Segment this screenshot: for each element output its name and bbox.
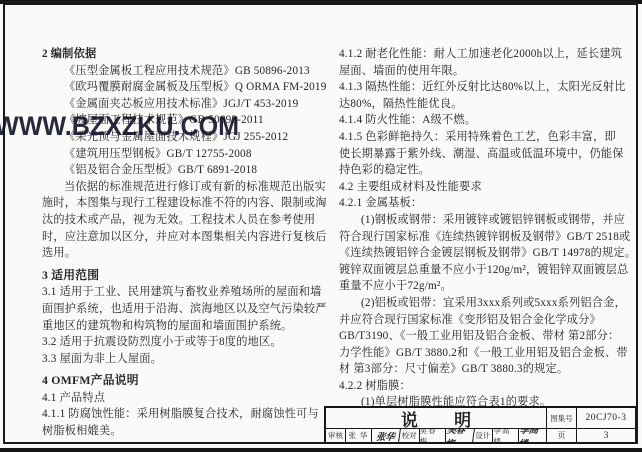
text-line: 施时，本图集与现行工程建设标准不符的内容、限制或淘 [42,195,318,212]
text-line: 汰的技术或产品，视为无效。工程技术人员在参考使用 [42,212,318,229]
text-line: 4.1.1 防腐蚀性能：采用树脂膜复合技术，耐腐蚀性可与 [42,406,318,423]
text-column-right: 4.1.2 耐老化性能：耐人工加速老化2000h以上，延长建筑屋面、墙面的使用年… [339,46,630,411]
title-block-row-bottom: 审核张 华张华校对吴春梅吴春梅设计李高楼李高楼 页 3 [326,429,635,442]
text-line: 《建筑用压型钢板》GB/T 12755-2008 [42,146,318,163]
staff-role-label: 校对 [400,429,420,442]
page-label: 页 [547,429,577,442]
text-line: 4.1.2 耐老化性能：耐人工加速老化2000h以上，延长建筑 [339,46,630,63]
staff-name: 李高楼 [493,429,519,442]
text-line: 重量不应小于72g/m²。 [339,278,630,295]
text-line: 树脂板相媲美。 [42,423,318,440]
text-line: 2 编制依据 [42,46,318,63]
text-line: 符合现行国家标准《连续热镀锌钢板及钢带》GB/T 2518或 [339,229,630,246]
staff-signature: 张华 [371,429,400,442]
text-line: 选用。 [42,245,318,262]
text-line: 力学性能》GB/T 3880.2和《一般工业用铝及铝合金板、带 [339,345,630,362]
staff-name: 吴春梅 [420,429,446,442]
staff-signature: 吴春梅 [445,429,474,442]
text-line: (2)铝板或铝带：宜采用3xxx系列或5xxx系列铝合金， [339,295,630,312]
text-line: 3 适用范围 [42,267,318,284]
text-line: 《金属面夹芯板应用技术标准》JGJ/T 453-2019 [42,96,318,113]
text-line: 材 第3部分：尺寸偏差》GB/T 3880.3的规定。 [339,361,630,378]
staff-name: 张 华 [346,429,372,442]
text-line: 4.1 产品特点 [42,390,318,407]
page-number: 3 [577,429,635,442]
staff-signature: 李高楼 [518,429,546,442]
text-line: 时，应注意加以区分，并应对本图集相关内容进行复核后 [42,229,318,246]
watermark-text: WWW.BZXZKU.COM [0,111,239,142]
sheet-title: 说 明 [326,408,547,428]
text-line: 4.2.1 金属基板： [339,195,630,212]
atlas-number-value: 20CJ70-3 [577,408,635,428]
title-block-row-top: 说 明 图集号 20CJ70-3 [326,408,635,429]
text-column-left: 2 编制依据《压型金属板工程应用技术规范》GB 50896-2013《欧玛覆膜耐… [42,46,318,440]
staff-cells: 审核张 华张华校对吴春梅吴春梅设计李高楼李高楼 [326,429,547,442]
text-line: 4.2.2 树脂膜： [339,378,630,395]
text-line: 镀锌双面镀层总重量不应小于120g/m²，镀铝锌双面镀层总 [339,262,630,279]
text-line: 面围护系统，也适用于沿海、滨海地区以及空气污染较严 [42,301,318,318]
text-line: 4.2 主要组成材料及性能要求 [339,179,630,196]
text-line: 并应符合现行国家标准《变形铝及铝合金化学成分》 [339,312,630,329]
staff-role-label: 设计 [473,429,493,442]
text-line: 屋面、墙面的使用年限。 [339,63,630,80]
text-line: 4.1.5 色彩鲜艳持久：采用特殊着色工艺，色彩丰富，即 [339,129,630,146]
document-page: 2 编制依据《压型金属板工程应用技术规范》GB 50896-2013《欧玛覆膜耐… [0,0,642,452]
page-bottom-edge [0,448,642,452]
text-line: 达80%，隔热性能优良。 [339,96,630,113]
text-line: 持色彩的稳定性。 [339,162,630,179]
text-line: 重地区的建筑物和构筑物的屋面和墙面围护系统。 [42,318,318,335]
text-line: 3.3 屋面为非上人屋面。 [42,351,318,368]
text-line: 3.1 适用于工业、民用建筑与畜牧业养殖场所的屋面和墙 [42,284,318,301]
title-block: 说 明 图集号 20CJ70-3 审核张 华张华校对吴春梅吴春梅设计李高楼李高楼… [324,406,637,444]
text-line: 《连续热镀铝锌合金镀层钢板及钢带》GB/T 14978的规定。 [339,245,630,262]
text-line: 3.2 适用于抗震设防烈度小于或等于8度的地区。 [42,334,318,351]
text-line: 4 OMFM产品说明 [42,372,318,389]
text-line: 《铝及铝合金压型板》GB/T 6891-2018 [42,162,318,179]
text-line: (1)钢板或钢带：采用镀锌或镀铝锌钢板或钢带，并应 [339,212,630,229]
text-line: 当依据的标准规范进行修订或有新的标准规范出版实 [42,179,318,196]
text-line: 使长期暴露于紫外线、潮湿、高温或低温环境中，仍能保 [339,146,630,163]
text-line: GB/T3190、《一般工业用铝及铝合金板、带材 第2部分： [339,328,630,345]
staff-role-label: 审核 [326,429,346,442]
text-line: 《欧玛覆膜耐腐金属板及压型板》Q ORMA FM-2019 [42,79,318,96]
text-line: 4.1.4 防火性能：A级不燃。 [339,112,630,129]
text-line: 4.1.3 隔热性能：近红外反射比达80%以上，太阳光反射比 [339,79,630,96]
atlas-number-label: 图集号 [547,408,577,428]
text-line: 《压型金属板工程应用技术规范》GB 50896-2013 [42,63,318,80]
